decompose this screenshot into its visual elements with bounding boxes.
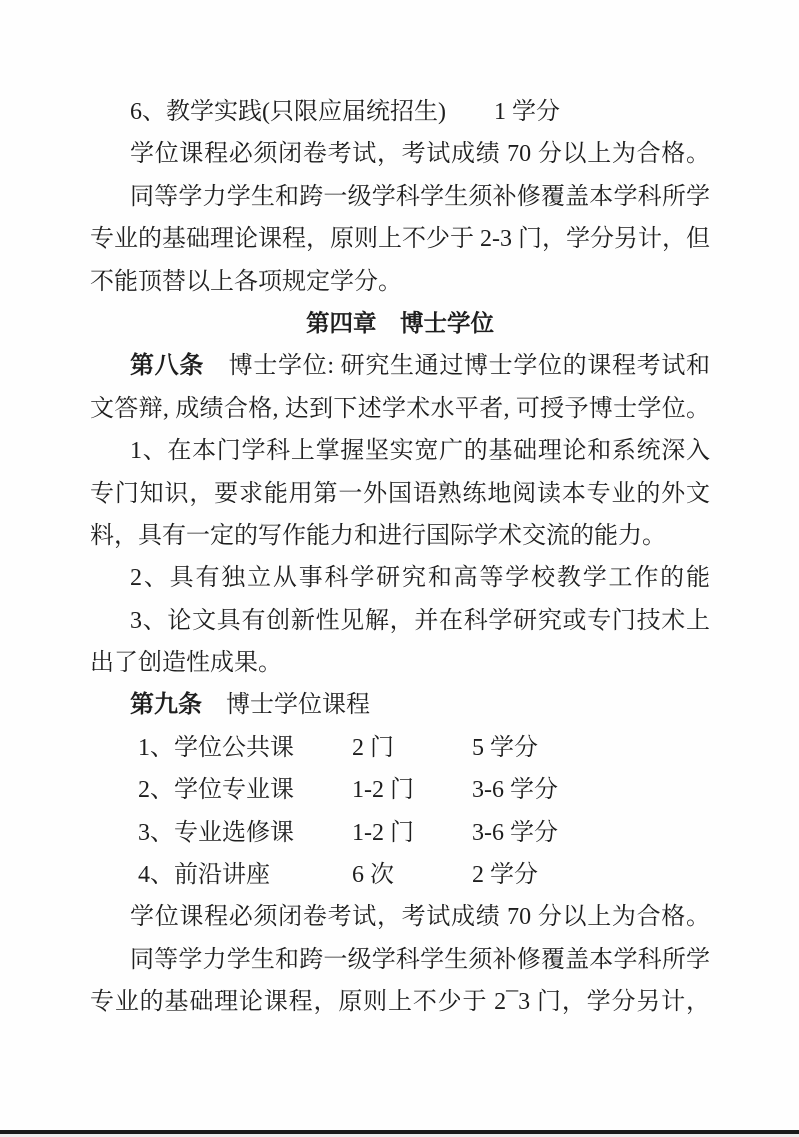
closed-book-exam-rule-masters: 学位课程必须闭卷考试，考试成绩 70 分以上为合格。 (90, 133, 710, 175)
supplement-paragraph-1-line-3: 不能顶替以上各项规定学分。 (90, 261, 710, 303)
course-count: 2 门 (352, 727, 394, 769)
course-name: 2、学位专业课 (138, 769, 294, 811)
requirement-3-line-2: 出了创造性成果。 (90, 642, 710, 684)
course-row-1: 1、学位公共课 2 门 5 学分 (90, 727, 710, 769)
article-9-line: 第九条 博士学位课程 (90, 684, 710, 726)
course-count: 1-2 门 (352, 812, 414, 854)
item-6-teaching-practice: 6、教学实践(只限应届统招生) 1 学分 (90, 91, 710, 133)
article-9-label: 第九条 (130, 692, 202, 718)
article-8-label: 第八条 (130, 353, 204, 379)
article-9-title: 博士学位课程 (202, 692, 370, 718)
requirement-1-line-3: 料，具有一定的写作能力和进行国际学术交流的能力。 (90, 515, 710, 557)
supplement-paragraph-2-line-2: 专业的基础理论课程，原则上不少于 2¯3 门，学分另计，但 (90, 981, 710, 1023)
article-8-line-1: 第八条 博士学位: 研究生通过博士学位的课程考试和论 (90, 345, 710, 387)
supplement-paragraph-2-line-1: 同等学力学生和跨一级学科学生须补修覆盖本学科所学 (90, 939, 710, 981)
requirement-1-line-1: 1、在本门学科上掌握坚实宽广的基础理论和系统深入的 (90, 430, 710, 472)
course-name: 1、学位公共课 (138, 727, 294, 769)
supplement-paragraph-1-line-2: 专业的基础理论课程，原则上不少于 2-3 门，学分另计，但 (90, 218, 710, 260)
course-count: 1-2 门 (352, 769, 414, 811)
requirement-2-line: 2、具有独立从事科学研究和高等学校教学工作的能力。 (90, 557, 710, 599)
chapter-4-heading: 第四章 博士学位 (90, 303, 710, 345)
course-credits: 2 学分 (472, 854, 538, 896)
course-count: 6 次 (352, 854, 394, 896)
closed-book-exam-rule-doctoral: 学位课程必须闭卷考试，考试成绩 70 分以上为合格。 (90, 896, 710, 938)
document-content: 6、教学实践(只限应届统招生) 1 学分 学位课程必须闭卷考试，考试成绩 70 … (90, 91, 710, 1024)
requirement-3-line-1: 3、论文具有创新性见解，并在科学研究或专门技术上做 (90, 600, 710, 642)
course-name: 3、专业选修课 (138, 812, 294, 854)
article-8-line-2: 文答辩, 成绩合格, 达到下述学术水平者, 可授予博士学位。 (90, 388, 710, 430)
course-row-3: 3、专业选修课 1-2 门 3-6 学分 (90, 812, 710, 854)
course-credits: 3-6 学分 (472, 769, 558, 811)
requirement-1-line-2: 专门知识，要求能用第一外国语熟练地阅读本专业的外文资 (90, 473, 710, 515)
course-credits: 3-6 学分 (472, 812, 558, 854)
course-row-2: 2、学位专业课 1-2 门 3-6 学分 (90, 769, 710, 811)
document-page: 6、教学实践(只限应届统招生) 1 学分 学位课程必须闭卷考试，考试成绩 70 … (0, 0, 799, 1137)
course-credits: 5 学分 (472, 727, 538, 769)
course-name: 4、前沿讲座 (138, 854, 270, 896)
supplement-paragraph-1-line-1: 同等学力学生和跨一级学科学生须补修覆盖本学科所学 (90, 176, 710, 218)
course-row-4: 4、前沿讲座 6 次 2 学分 (90, 854, 710, 896)
